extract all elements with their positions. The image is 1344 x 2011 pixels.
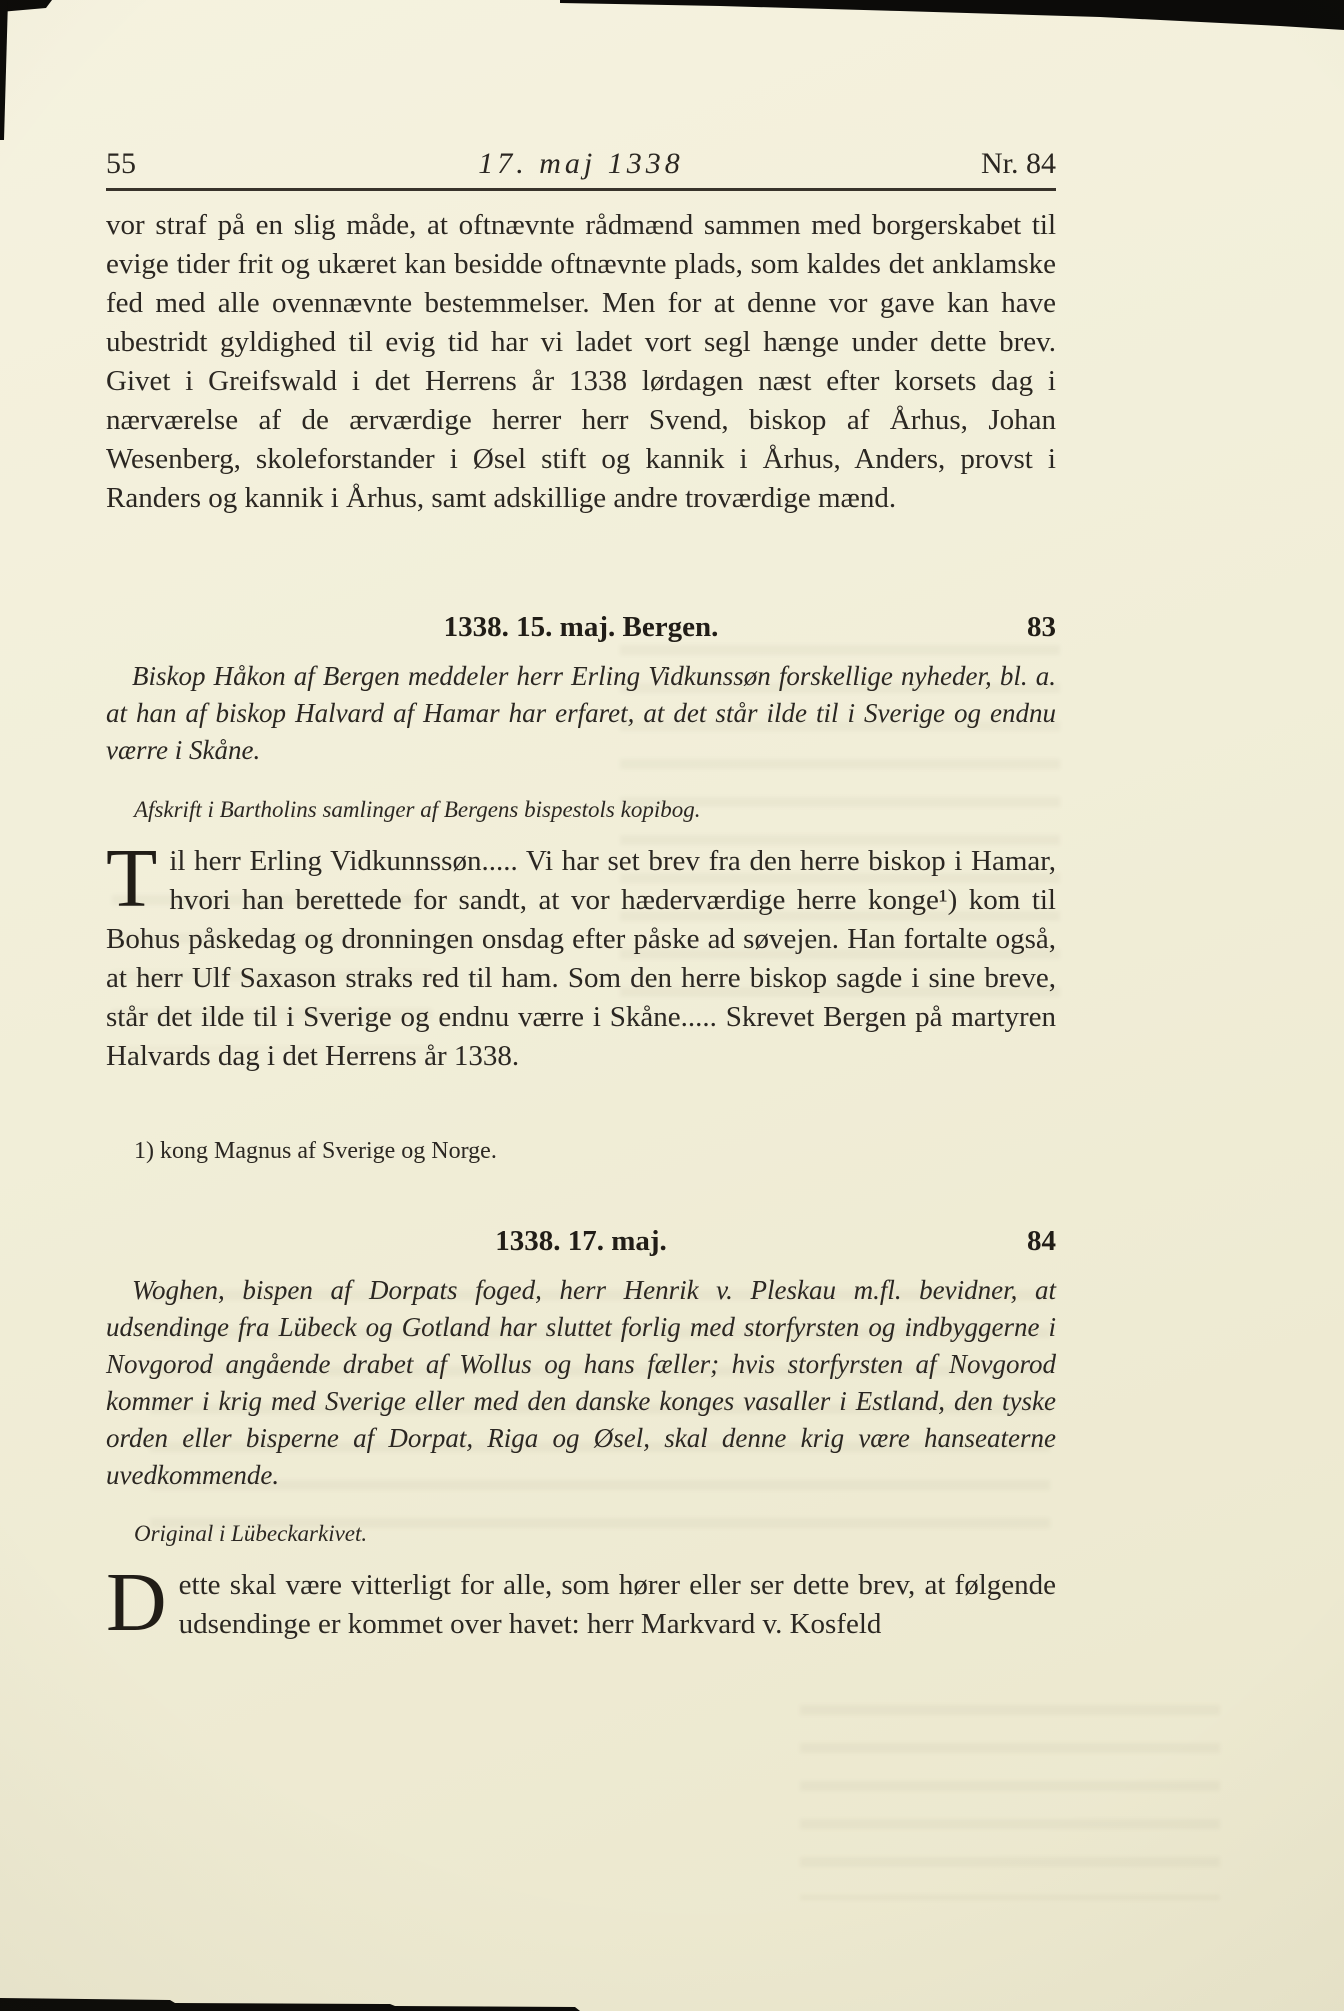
page-number: 55 <box>106 146 136 182</box>
entry-84-body: Dette skal være vitterligt for alle, som… <box>106 1566 1056 1644</box>
entry-84-heading: 1338. 17. maj. 84 <box>106 1224 1056 1258</box>
entry-83-heading: 1338. 15. maj. Bergen. 83 <box>106 610 1056 644</box>
entry-84-number: 84 <box>1027 1224 1056 1258</box>
entry-83-summary: Biskop Håkon af Bergen meddeler herr Erl… <box>106 658 1056 769</box>
entry-83-footnote: 1) kong Magnus af Sverige og Norge. <box>134 1136 1034 1166</box>
entry-83-heading-title: 1338. 15. maj. Bergen. <box>106 610 1056 644</box>
entry-83-body: Til herr Erling Vidkunnssøn..... Vi har … <box>106 842 1056 1076</box>
scan-edge-left <box>0 0 8 140</box>
scan-edge-top <box>0 0 1344 32</box>
entry-83-number: 83 <box>1027 610 1056 644</box>
entry-83-source-note: Afskrift i Bartholins samlinger af Berge… <box>134 796 1034 824</box>
book-page: 55 17. maj 1338 Nr. 84 vor straf på en s… <box>0 0 1344 2011</box>
entry-84-source-note: Original i Lübeckarkivet. <box>134 1520 1034 1548</box>
entry-84-summary: Woghen, bispen af Dorpats foged, herr He… <box>106 1272 1056 1494</box>
scan-edge-bottom <box>0 1993 600 2011</box>
header-rule <box>106 188 1056 191</box>
entry-84-heading-title: 1338. 17. maj. <box>106 1224 1056 1258</box>
header-entry-number: Nr. 84 <box>981 146 1056 182</box>
entry-82-continuation-text: vor straf på en slig måde, at oftnævnte … <box>106 206 1056 518</box>
running-title: 17. maj 1338 <box>106 146 1056 182</box>
page-header: 55 17. maj 1338 Nr. 84 <box>106 146 1056 182</box>
bleedthrough-artifact <box>800 1690 1220 1900</box>
